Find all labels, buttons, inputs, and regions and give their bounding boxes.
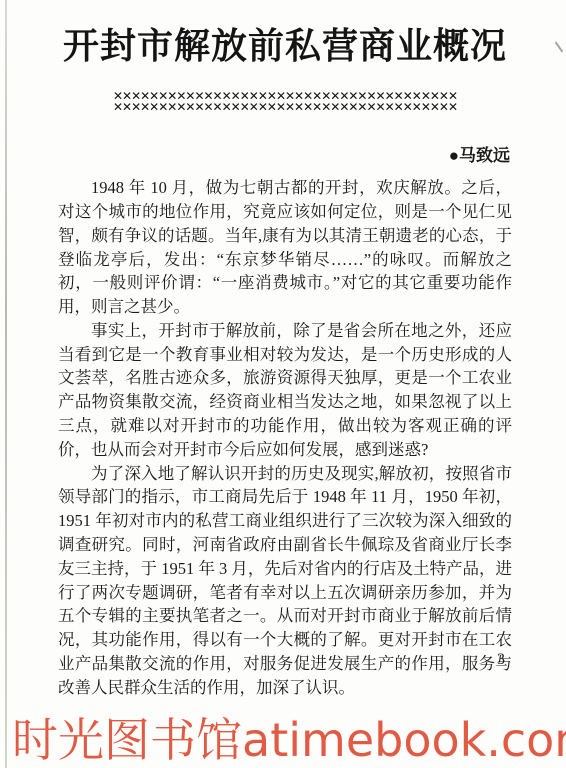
watermark: 时光图书馆atimebook.com bbox=[12, 704, 566, 768]
ornament-band: ✕✕✕✕✕✕✕✕✕✕✕✕✕✕✕✕✕✕✕✕✕✕✕✕✕✕✕✕✕✕✕✕✕✕✕✕✕✕ ✕… bbox=[58, 91, 512, 113]
author-byline: ●马致远 bbox=[58, 141, 512, 166]
paragraph-1: 1948 年 10 月，做为七朝古都的开封，欢庆解放。之后，对这个城市的地位作用… bbox=[58, 176, 512, 319]
article-body: 1948 年 10 月，做为七朝古都的开封，欢庆解放。之后，对这个城市的地位作用… bbox=[58, 176, 512, 700]
ornament-row-bottom: ✕✕✕✕✕✕✕✕✕✕✕✕✕✕✕✕✕✕✕✕✕✕✕✕✕✕✕✕✕✕✕✕✕✕✕✕✕✕ bbox=[58, 102, 512, 113]
page-title: 开封市解放前私营商业概况 bbox=[58, 25, 512, 67]
paragraph-2: 事实上，开封市于解放前，除了是省会所在地之外，还应当看到它是一个教育事业相对较为… bbox=[58, 319, 512, 462]
paragraph-3: 为了深入地了解认识开封的历史及现实,解放初，按照省市领导部门的指示，市工商局先后… bbox=[58, 462, 512, 700]
page-content: 开封市解放前私营商业概况 ✕✕✕✕✕✕✕✕✕✕✕✕✕✕✕✕✕✕✕✕✕✕✕✕✕✕✕… bbox=[0, 25, 566, 700]
page-number: 3 bbox=[497, 651, 505, 669]
